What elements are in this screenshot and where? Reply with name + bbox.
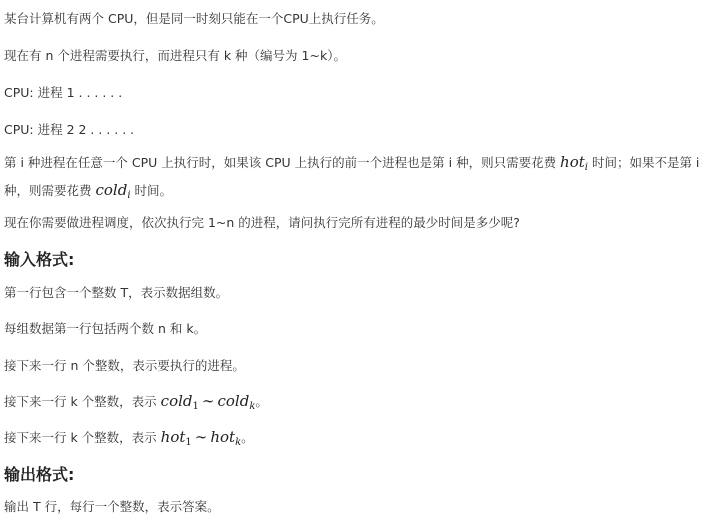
cold-i-formula: coldi <box>95 181 130 199</box>
rule-paragraph: 第 i 种进程在任意一个 CPU 上执行时，如果该 CPU 上执行的前一个进程也… <box>4 151 709 207</box>
input-line-3: 接下来一行 n 个整数，表示要执行的进程。 <box>4 354 245 377</box>
input-line-cold: 接下来一行 k 个整数，表示 cold1∼coldk。 <box>4 390 268 418</box>
input-format-heading: 输入格式: <box>4 249 74 271</box>
rule-text-3: 时间。 <box>131 183 172 198</box>
cold-range-formula: cold1∼coldk <box>161 392 256 410</box>
cpu-example-2: CPU: 进程 2 2 . . . . . . <box>4 118 134 141</box>
hot-range-formula: hot1∼hotk <box>161 428 241 446</box>
question-line: 现在你需要做进程调度，依次执行完 1~n 的进程，请问执行完所有进程的最少时间是… <box>4 211 520 234</box>
cpu-example-1: CPU: 进程 1 . . . . . . <box>4 81 122 104</box>
description-line-2: 现在有 n 个进程需要执行，而进程只有 k 种（编号为 1~k）。 <box>4 44 346 67</box>
input-line-1: 第一行包含一个整数 T，表示数据组数。 <box>4 281 228 304</box>
input-line-hot: 接下来一行 k 个整数，表示 hot1∼hotk。 <box>4 426 254 454</box>
rule-text-1: 第 i 种进程在任意一个 CPU 上执行时，如果该 CPU 上执行的前一个进程也… <box>4 155 560 170</box>
output-format-heading: 输出格式: <box>4 464 74 486</box>
input-line-2: 每组数据第一行包括两个数 n 和 k。 <box>4 317 206 340</box>
hot-i-formula: hoti <box>560 153 588 171</box>
description-line-1: 某台计算机有两个 CPU，但是同一时刻只能在一个CPU上执行任务。 <box>4 7 384 30</box>
output-line-1: 输出 T 行，每行一个整数，表示答案。 <box>4 495 220 518</box>
